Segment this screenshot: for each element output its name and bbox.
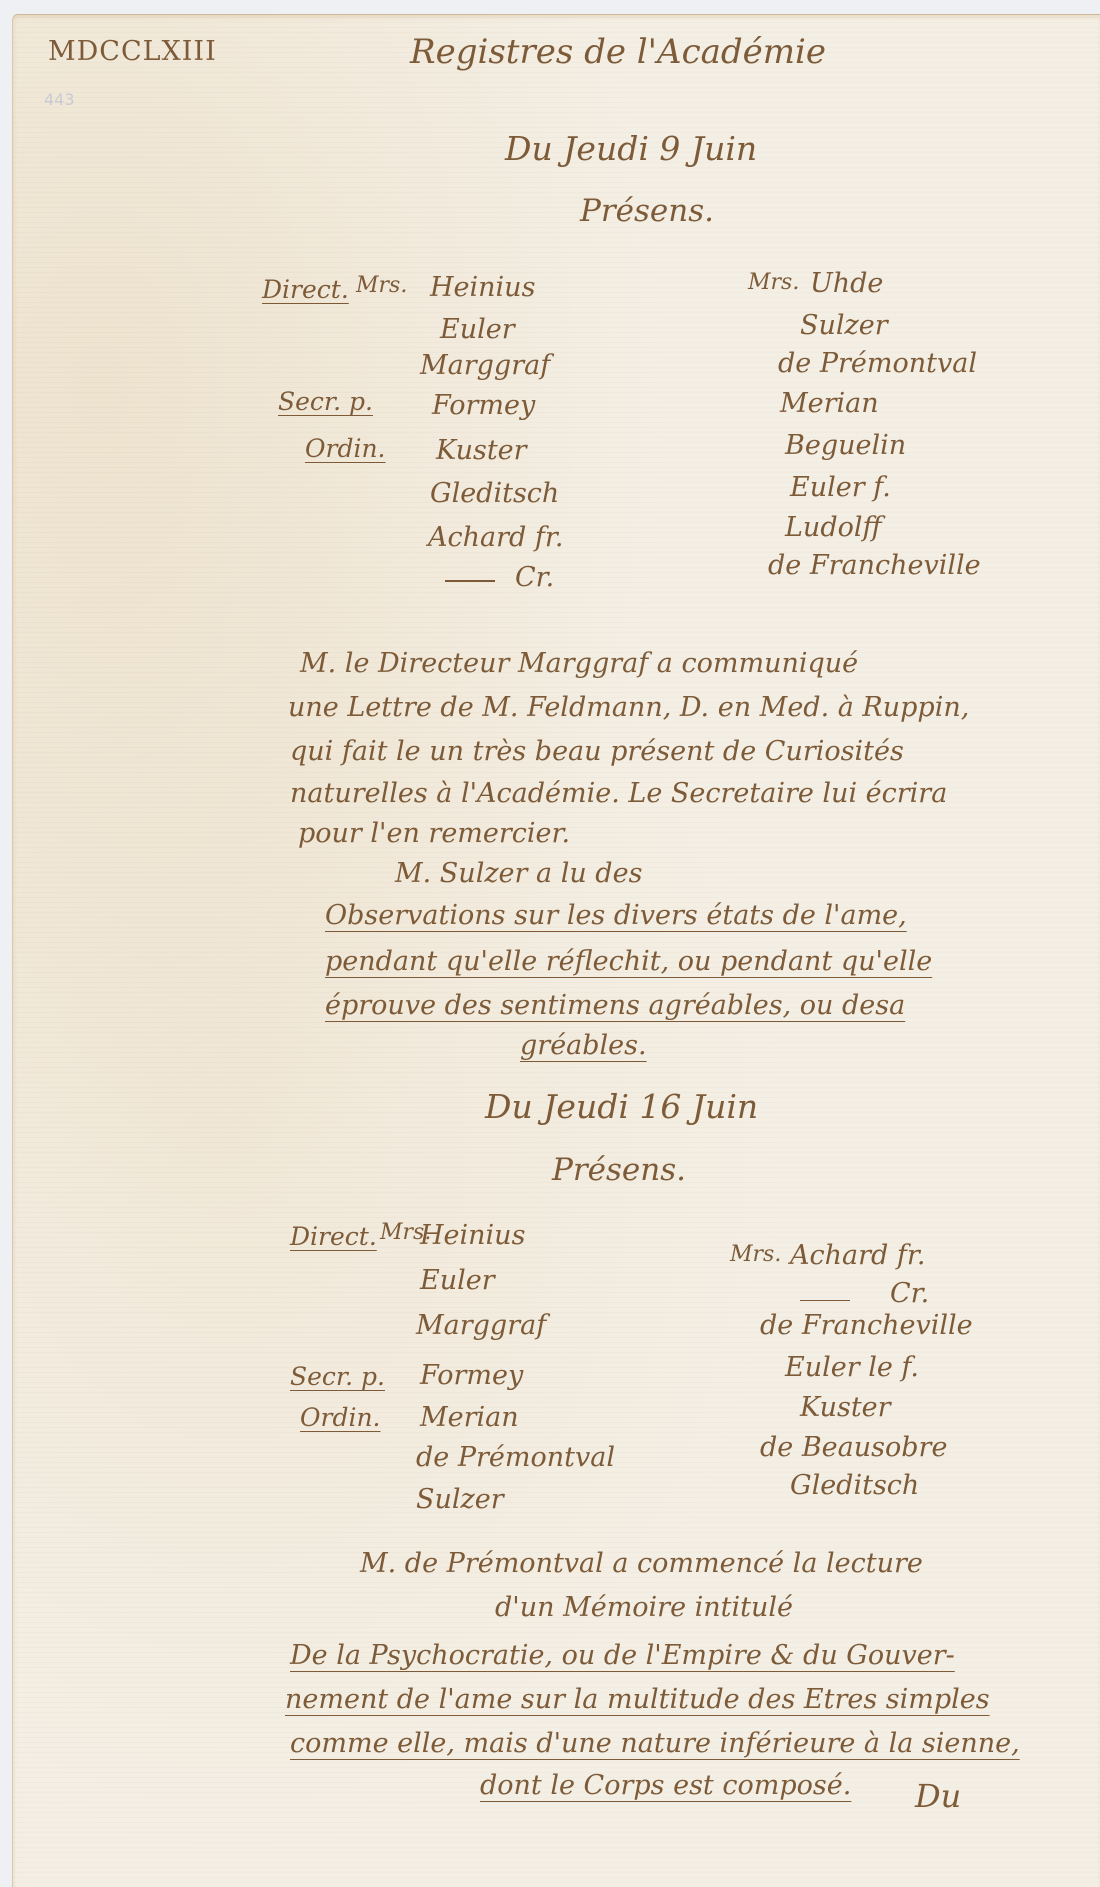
session1-right-prefix: Mrs. bbox=[748, 270, 799, 295]
session2-role-secretary: Secr. p. bbox=[290, 1362, 385, 1391]
catchword: Du bbox=[915, 1780, 961, 1812]
session1-member: Formey bbox=[432, 390, 535, 421]
session1-member: Merian bbox=[780, 388, 879, 419]
session2-member: Marggraf bbox=[416, 1310, 546, 1341]
session2-member: Kuster bbox=[800, 1392, 891, 1423]
session2-presens-label: Présens. bbox=[552, 1155, 686, 1186]
session2-member: Gleditsch bbox=[790, 1470, 919, 1501]
session1-member: Beguelin bbox=[785, 430, 906, 461]
session1-role-secretary: Secr. p. bbox=[278, 387, 373, 416]
register-title: Registres de l'Académie bbox=[410, 35, 826, 69]
session2-member: de Prémontval bbox=[416, 1442, 615, 1473]
session1-member: de Francheville bbox=[768, 550, 981, 581]
session1-member: Sulzer bbox=[800, 310, 888, 341]
session1-presens-label: Présens. bbox=[580, 196, 714, 227]
session2-date: Du Jeudi 16 Juin bbox=[485, 1090, 758, 1123]
session1-member: Gleditsch bbox=[430, 478, 559, 509]
minute-line: naturelles à l'Académie. Le Secretaire l… bbox=[290, 778, 947, 809]
session2-member: Merian bbox=[420, 1402, 519, 1433]
session2-member: Euler le f. bbox=[785, 1352, 919, 1383]
minute-line: une Lettre de M. Feldmann, D. en Med. à … bbox=[288, 692, 969, 723]
minute-line: qui fait le un très beau présent de Curi… bbox=[290, 736, 904, 767]
memoir-title-line: pendant qu'elle réflechit, ou pendant qu… bbox=[325, 946, 932, 977]
session2-role-ordinary: Ordin. bbox=[300, 1403, 381, 1432]
session2-member: Formey bbox=[420, 1360, 523, 1391]
session1-role-ordinary: Ordin. bbox=[305, 434, 386, 463]
memoir-title-line: De la Psychocratie, ou de l'Empire & du … bbox=[290, 1640, 955, 1671]
session1-member: de Prémontval bbox=[778, 348, 977, 379]
session1-dash bbox=[445, 580, 495, 582]
session2-member: de Francheville bbox=[760, 1310, 973, 1341]
session1-member: Achard fr. bbox=[428, 522, 563, 553]
year-margin-note: MDCCLXIII bbox=[48, 38, 217, 65]
memoir-title-line: nement de l'ame sur la multitude des Etr… bbox=[285, 1684, 990, 1715]
session1-member: Euler f. bbox=[790, 472, 891, 503]
session2-role-director: Direct. bbox=[290, 1222, 377, 1251]
session1-member: Cr. bbox=[515, 562, 554, 593]
minute-line: M. le Directeur Marggraf a communiqué bbox=[300, 648, 858, 679]
session2-member: de Beausobre bbox=[760, 1432, 947, 1463]
memoir-title-line: comme elle, mais d'une nature inférieure… bbox=[290, 1728, 1020, 1759]
session2-member: Cr. bbox=[890, 1278, 929, 1309]
pencil-folio-number: 443 bbox=[44, 92, 75, 108]
session1-member: Marggraf bbox=[420, 350, 550, 381]
session2-dash bbox=[800, 1300, 850, 1301]
memoir-title-line: Observations sur les divers états de l'a… bbox=[325, 900, 907, 931]
session1-role-director: Direct. bbox=[262, 275, 349, 304]
memoir-title-line: dont le Corps est composé. bbox=[480, 1770, 851, 1801]
session2-right-prefix: Mrs. bbox=[730, 1242, 781, 1267]
session2-member: Euler bbox=[420, 1265, 495, 1296]
minute-line: pour l'en remercier. bbox=[298, 818, 570, 849]
session2-member: Sulzer bbox=[416, 1484, 504, 1515]
session1-mrs-prefix: Mrs. bbox=[356, 273, 407, 298]
session1-date: Du Jeudi 9 Juin bbox=[505, 132, 757, 165]
reading-intro-line: M. de Prémontval a commencé la lecture bbox=[360, 1548, 923, 1579]
session1-member: Euler bbox=[440, 314, 515, 345]
session1-member: Kuster bbox=[436, 435, 527, 466]
session1-member: Ludolff bbox=[785, 512, 882, 543]
memoir-title-line: gréables. bbox=[520, 1030, 647, 1061]
reading-intro-line: d'un Mémoire intitulé bbox=[495, 1592, 793, 1623]
session1-member: Heinius bbox=[430, 272, 535, 303]
session2-member: Heinius bbox=[420, 1220, 525, 1251]
memoir-title-line: éprouve des sentimens agréables, ou desa bbox=[325, 990, 905, 1021]
session2-member: Achard fr. bbox=[790, 1240, 925, 1271]
reading-intro: M. Sulzer a lu des bbox=[395, 858, 642, 889]
session1-member: Uhde bbox=[810, 268, 883, 299]
